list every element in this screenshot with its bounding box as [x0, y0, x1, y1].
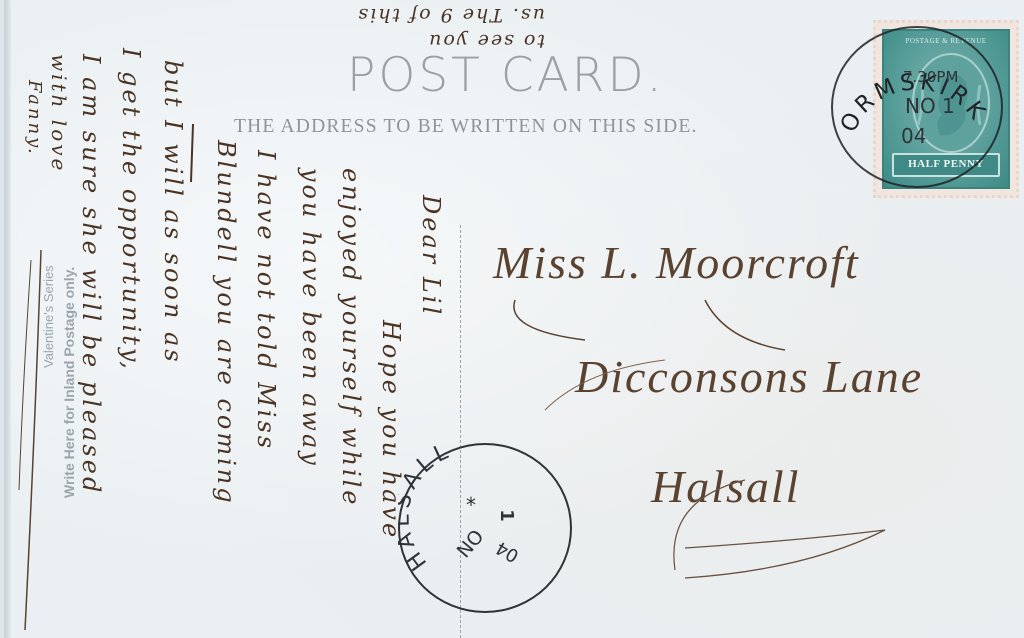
svg-text:HALSALL: HALSALL: [398, 443, 456, 575]
signature-flourish: [5, 230, 65, 638]
ormskirk-date: NO 1: [905, 94, 955, 118]
message-line-6: Blundell you are coming: [212, 140, 240, 506]
message-line-8: I get the opportunity,: [117, 48, 145, 372]
message-top-line-1: us. The 9 of this: [356, 4, 545, 26]
message-top-line-2: to see you: [427, 30, 545, 52]
message-line-9: I am sure she will be pleased: [77, 54, 105, 495]
message-line-1: Dear Lil: [417, 195, 445, 317]
message-line-10: with love: [47, 54, 71, 173]
postcard-title: POST CARD.: [347, 48, 665, 103]
halsall-star: *: [466, 493, 476, 517]
ormskirk-time: 7.30PM: [903, 68, 958, 86]
message-signature: Fanny.: [24, 80, 45, 157]
message-line-4: you have been away: [297, 168, 325, 468]
message-line-2: Hope you have: [377, 320, 405, 540]
underline-mark: [185, 120, 205, 190]
halsall-town: HALSALL: [398, 443, 456, 575]
address-instruction: THE ADDRESS TO BE WRITTEN ON THIS SIDE.: [234, 116, 698, 138]
address-flourishes: [485, 280, 1024, 600]
ormskirk-postmark: ORMSKIRK 7.30PM NO 1 04: [831, 26, 1003, 188]
ormskirk-year: 04: [901, 124, 926, 148]
message-line-3: enjoyed yourself while: [337, 168, 365, 508]
message-line-5: I have not told Miss: [252, 150, 280, 451]
postcard: POST CARD. THE ADDRESS TO BE WRITTEN ON …: [4, 0, 1024, 638]
message-line-7: but I will as soon as: [159, 60, 187, 365]
